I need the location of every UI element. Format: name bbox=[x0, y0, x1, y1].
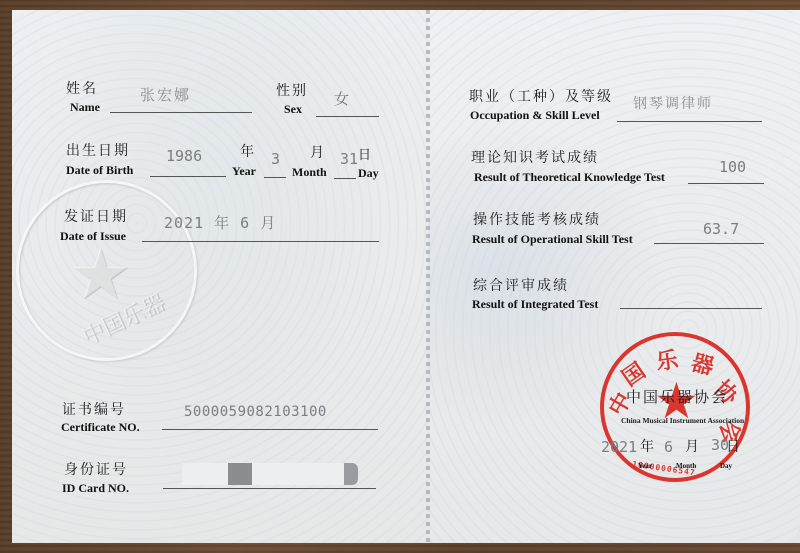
issue-date-label-en: Date of Issue bbox=[60, 229, 126, 244]
issuer-date-day-zh: 日 bbox=[726, 436, 742, 456]
center-fold bbox=[426, 10, 430, 543]
id-redaction-block bbox=[344, 463, 358, 485]
issue-date-label-zh: 发证日期 bbox=[64, 206, 128, 226]
occupation-label-en: Occupation & Skill Level bbox=[470, 108, 600, 123]
theory-score-value: 100 bbox=[719, 158, 746, 176]
id-no-label-en: ID Card NO. bbox=[62, 481, 129, 496]
dob-year-value: 1986 bbox=[166, 147, 202, 165]
id-no-underline bbox=[163, 488, 376, 489]
theory-label-zh: 理论知识考试成绩 bbox=[471, 147, 599, 167]
id-redaction-block bbox=[228, 463, 252, 485]
dob-month-underline bbox=[264, 177, 286, 178]
issuer-name-zh: 中国乐器协会 bbox=[626, 386, 728, 407]
issue-date-underline bbox=[142, 241, 379, 242]
cert-no-label-en: Certificate NO. bbox=[61, 420, 140, 435]
operational-underline bbox=[654, 243, 764, 244]
theory-underline bbox=[688, 183, 764, 184]
dob-day-underline bbox=[334, 178, 356, 179]
operational-score-value: 63.7 bbox=[703, 220, 739, 238]
dob-day-value: 31 bbox=[340, 150, 358, 168]
issuer-month-en: Month bbox=[676, 462, 696, 470]
dob-label-zh: 出生日期 bbox=[66, 140, 130, 160]
issuer-name-en: China Musical Instrument Association bbox=[621, 416, 744, 425]
official-red-stamp: 中 国 乐 器 协 会 ★ 10000006547 bbox=[600, 332, 750, 482]
id-redaction-blur bbox=[182, 463, 354, 485]
sex-label-zh: 性别 bbox=[276, 80, 308, 100]
sex-label-en: Sex bbox=[284, 102, 302, 117]
dob-day-en: Day bbox=[358, 166, 379, 181]
theory-label-en: Result of Theoretical Knowledge Test bbox=[474, 170, 665, 185]
issue-date-value: 2021 年 6 月 bbox=[164, 212, 276, 233]
dob-year-underline bbox=[150, 176, 226, 177]
sex-underline bbox=[316, 116, 379, 117]
name-value: 张宏娜 bbox=[140, 84, 191, 105]
occupation-underline bbox=[617, 121, 762, 122]
integrated-underline bbox=[620, 308, 762, 309]
dob-label-en: Date of Birth bbox=[66, 163, 133, 178]
issuer-date-month: 6 bbox=[664, 438, 673, 456]
integrated-label-en: Result of Integrated Test bbox=[472, 297, 598, 312]
issuer-date-year: 2021 bbox=[601, 438, 637, 456]
issuer-day-en: Day bbox=[720, 462, 732, 470]
dob-month-zh: 月 bbox=[310, 142, 326, 162]
dob-year-en: Year bbox=[232, 164, 256, 179]
occupation-value: 钢琴调律师 bbox=[633, 93, 713, 113]
name-label-en: Name bbox=[70, 100, 100, 115]
name-underline bbox=[110, 112, 252, 113]
dob-month-value: 3 bbox=[271, 150, 280, 168]
sex-value: 女 bbox=[334, 88, 351, 109]
occupation-label-zh: 职业（工种）及等级 bbox=[469, 86, 613, 106]
id-no-label-zh: 身份证号 bbox=[64, 459, 128, 479]
operational-label-en: Result of Operational Skill Test bbox=[472, 232, 633, 247]
stamp-char: 乐 bbox=[654, 343, 680, 377]
cert-no-value: 5000059082103100 bbox=[184, 404, 327, 420]
integrated-label-zh: 综合评审成绩 bbox=[473, 275, 569, 295]
issuer-date-month-zh: 月 bbox=[685, 436, 701, 456]
name-label-zh: 姓名 bbox=[66, 78, 98, 98]
dob-year-zh: 年 bbox=[240, 141, 256, 161]
issuer-date-year-zh: 年 bbox=[640, 436, 656, 456]
cert-no-underline bbox=[162, 429, 378, 430]
cert-no-label-zh: 证书编号 bbox=[62, 399, 126, 419]
operational-label-zh: 操作技能考核成绩 bbox=[473, 209, 601, 229]
dob-day-zh: 日 bbox=[358, 144, 373, 163]
dob-month-en: Month bbox=[292, 165, 327, 180]
issuer-year-en: Year bbox=[638, 462, 652, 470]
